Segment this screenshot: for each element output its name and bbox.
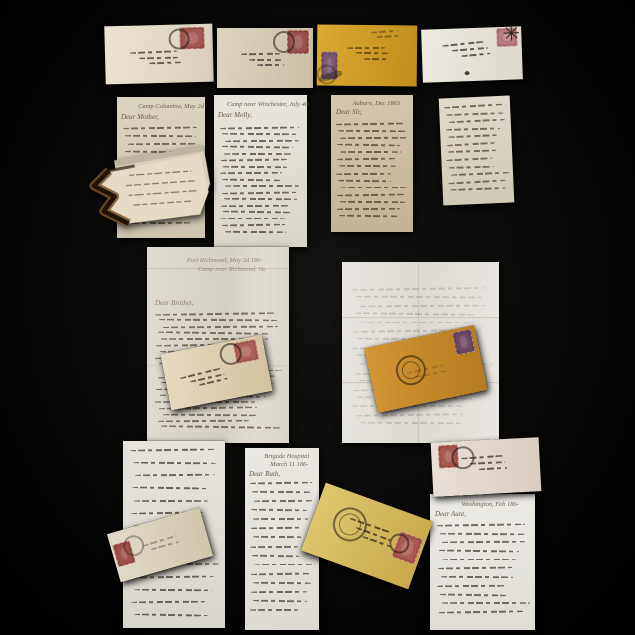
script-line xyxy=(439,610,524,613)
envelope-top-2 xyxy=(217,28,313,88)
script-line xyxy=(356,413,463,416)
script-line xyxy=(131,601,208,604)
script-line xyxy=(461,52,490,56)
script-line xyxy=(123,126,197,129)
script-line xyxy=(221,159,287,162)
script-line xyxy=(163,413,258,415)
script-line xyxy=(253,536,304,538)
letter-salutation: Dear Molly, xyxy=(218,111,252,119)
script-line xyxy=(452,47,488,51)
script-line xyxy=(377,34,400,37)
script-line xyxy=(371,30,398,34)
script-line xyxy=(355,312,476,316)
script-line xyxy=(222,146,293,149)
handwriting-lines xyxy=(444,104,509,192)
script-line xyxy=(250,609,302,611)
scribble-script xyxy=(369,29,413,38)
script-line xyxy=(337,208,400,210)
letter-heading-line2: Camp near Richmond, Va. xyxy=(198,266,266,273)
address-script xyxy=(140,530,195,552)
address-script xyxy=(127,50,203,64)
script-line xyxy=(257,64,284,66)
script-line xyxy=(338,179,391,182)
script-line xyxy=(340,151,401,153)
script-line xyxy=(252,554,299,556)
script-line xyxy=(130,50,177,53)
script-line xyxy=(220,126,299,129)
script-line xyxy=(446,142,496,147)
script-line xyxy=(220,172,282,174)
script-line xyxy=(348,47,386,49)
script-line xyxy=(337,193,404,196)
script-line xyxy=(364,58,390,60)
script-line xyxy=(359,322,475,324)
script-line xyxy=(125,135,196,137)
script-line xyxy=(251,572,311,575)
address-script xyxy=(458,454,526,471)
script-line xyxy=(249,59,282,61)
script-line xyxy=(155,312,277,316)
script-line xyxy=(253,600,307,603)
letter-heading: Washington, Feb 186- xyxy=(462,501,519,508)
handwriting-lines xyxy=(336,123,408,217)
script-line xyxy=(441,576,513,578)
script-line xyxy=(339,165,396,167)
envelope-top-4: ✳ xyxy=(421,26,523,82)
script-line xyxy=(336,172,391,174)
script-line xyxy=(135,474,215,477)
letter-heading: Camp Columbia, May 2d xyxy=(138,103,204,110)
script-line xyxy=(336,122,406,125)
script-line xyxy=(253,518,307,520)
script-line xyxy=(224,153,293,155)
script-line xyxy=(415,370,447,378)
script-line xyxy=(438,567,513,570)
script-line xyxy=(360,304,485,307)
letter-salutation: Dear Ruth, xyxy=(249,470,280,478)
script-line xyxy=(158,419,249,421)
script-line xyxy=(254,500,312,502)
script-line xyxy=(439,549,519,552)
script-line xyxy=(163,325,278,328)
script-line xyxy=(222,191,297,194)
script-line xyxy=(130,448,215,452)
envelope-top-1 xyxy=(104,24,213,85)
script-line xyxy=(446,127,500,130)
letter-salutation: Dear Brother, xyxy=(155,299,194,307)
address-script xyxy=(345,47,407,60)
burnt-letter-fragment xyxy=(83,142,214,229)
script-line xyxy=(225,140,299,142)
script-line xyxy=(440,593,506,596)
script-line xyxy=(444,103,503,108)
script-line xyxy=(340,187,409,189)
script-line xyxy=(221,205,291,207)
script-line xyxy=(437,585,506,587)
postage-stamp-icon xyxy=(452,329,475,355)
script-line xyxy=(451,172,510,176)
script-line xyxy=(449,165,494,168)
script-line xyxy=(446,112,503,116)
script-line xyxy=(225,231,286,233)
script-line xyxy=(241,53,280,55)
script-line xyxy=(442,559,519,561)
script-line xyxy=(360,422,463,424)
script-line xyxy=(222,178,281,181)
script-line xyxy=(451,187,506,191)
script-line xyxy=(337,144,400,147)
address-script xyxy=(238,53,301,66)
script-line xyxy=(251,591,307,593)
envelope-bottom-right xyxy=(431,437,542,497)
script-line xyxy=(158,331,269,334)
script-line xyxy=(448,134,500,138)
script-line xyxy=(448,119,504,124)
script-line xyxy=(223,166,287,168)
script-line xyxy=(337,158,396,161)
envelope-top-3-yellow xyxy=(317,24,418,86)
script-line xyxy=(253,582,311,584)
handwriting-lines xyxy=(437,524,528,613)
script-line xyxy=(133,461,216,464)
burnt-fragment-graphic xyxy=(83,142,214,229)
letter-salutation: Dear Aunt, xyxy=(435,510,466,518)
script-line xyxy=(222,224,285,227)
script-line xyxy=(448,150,496,153)
letter-heading: Auburn, Dec 1863 xyxy=(352,100,400,107)
script-line xyxy=(442,602,529,604)
script-line xyxy=(250,545,299,547)
letter-heading: Brigade Hospital xyxy=(264,453,309,460)
script-line xyxy=(159,319,277,322)
script-line xyxy=(251,509,307,512)
script-line xyxy=(437,523,525,526)
script-line xyxy=(442,40,485,46)
script-line xyxy=(134,588,213,591)
script-line xyxy=(339,215,399,218)
ink-blot xyxy=(465,71,470,75)
script-line xyxy=(470,461,505,464)
script-line xyxy=(134,613,208,616)
script-line xyxy=(140,56,179,58)
script-line xyxy=(356,296,485,299)
letter-salutation: Dear Sir, xyxy=(336,108,361,116)
postmark-cancel-icon xyxy=(273,31,295,53)
script-line xyxy=(220,218,286,220)
script-line xyxy=(254,564,315,566)
script-line xyxy=(132,486,209,489)
script-line xyxy=(134,500,209,502)
script-line xyxy=(440,532,526,534)
script-line xyxy=(340,137,406,139)
letter-b: Camp near Winchester, July 4th Dear Moll… xyxy=(214,95,307,247)
handwriting-lines xyxy=(220,127,301,232)
script-line xyxy=(161,425,281,429)
script-line xyxy=(446,157,492,161)
photograph-letters-archive: ✳ Camp Columbia, May 2d Dear Mother, Cam… xyxy=(0,0,635,635)
script-line xyxy=(222,133,298,135)
script-line xyxy=(252,491,312,493)
script-line xyxy=(338,130,406,132)
script-line xyxy=(149,61,181,64)
letter-salutation: Dear Mother, xyxy=(121,113,159,121)
address-script xyxy=(439,39,510,59)
address-script xyxy=(177,363,246,390)
letter-heading: Port Richmond, May 2d 186- xyxy=(187,257,263,264)
script-line xyxy=(340,201,405,203)
script-line xyxy=(479,467,507,470)
script-line xyxy=(442,541,525,543)
envelope-on-bottom-middle-letter-yellow xyxy=(301,483,433,590)
script-line xyxy=(356,52,388,54)
script-line xyxy=(449,179,506,184)
script-line xyxy=(142,535,175,546)
script-line xyxy=(352,287,485,291)
script-line xyxy=(132,575,214,578)
letter-d xyxy=(439,96,515,206)
script-line xyxy=(251,527,303,530)
letter-bottom-right: Washington, Feb 186- Dear Aunt, xyxy=(430,494,535,630)
script-line xyxy=(250,482,312,485)
letter-heading: Camp near Winchester, July 4th xyxy=(227,101,310,108)
script-line xyxy=(225,185,303,187)
letter-c: Auburn, Dec 1863 Dear Sir, xyxy=(331,95,413,232)
letter-heading-line2: March 11 186- xyxy=(270,461,308,468)
script-line xyxy=(224,198,297,200)
script-line xyxy=(223,211,291,214)
